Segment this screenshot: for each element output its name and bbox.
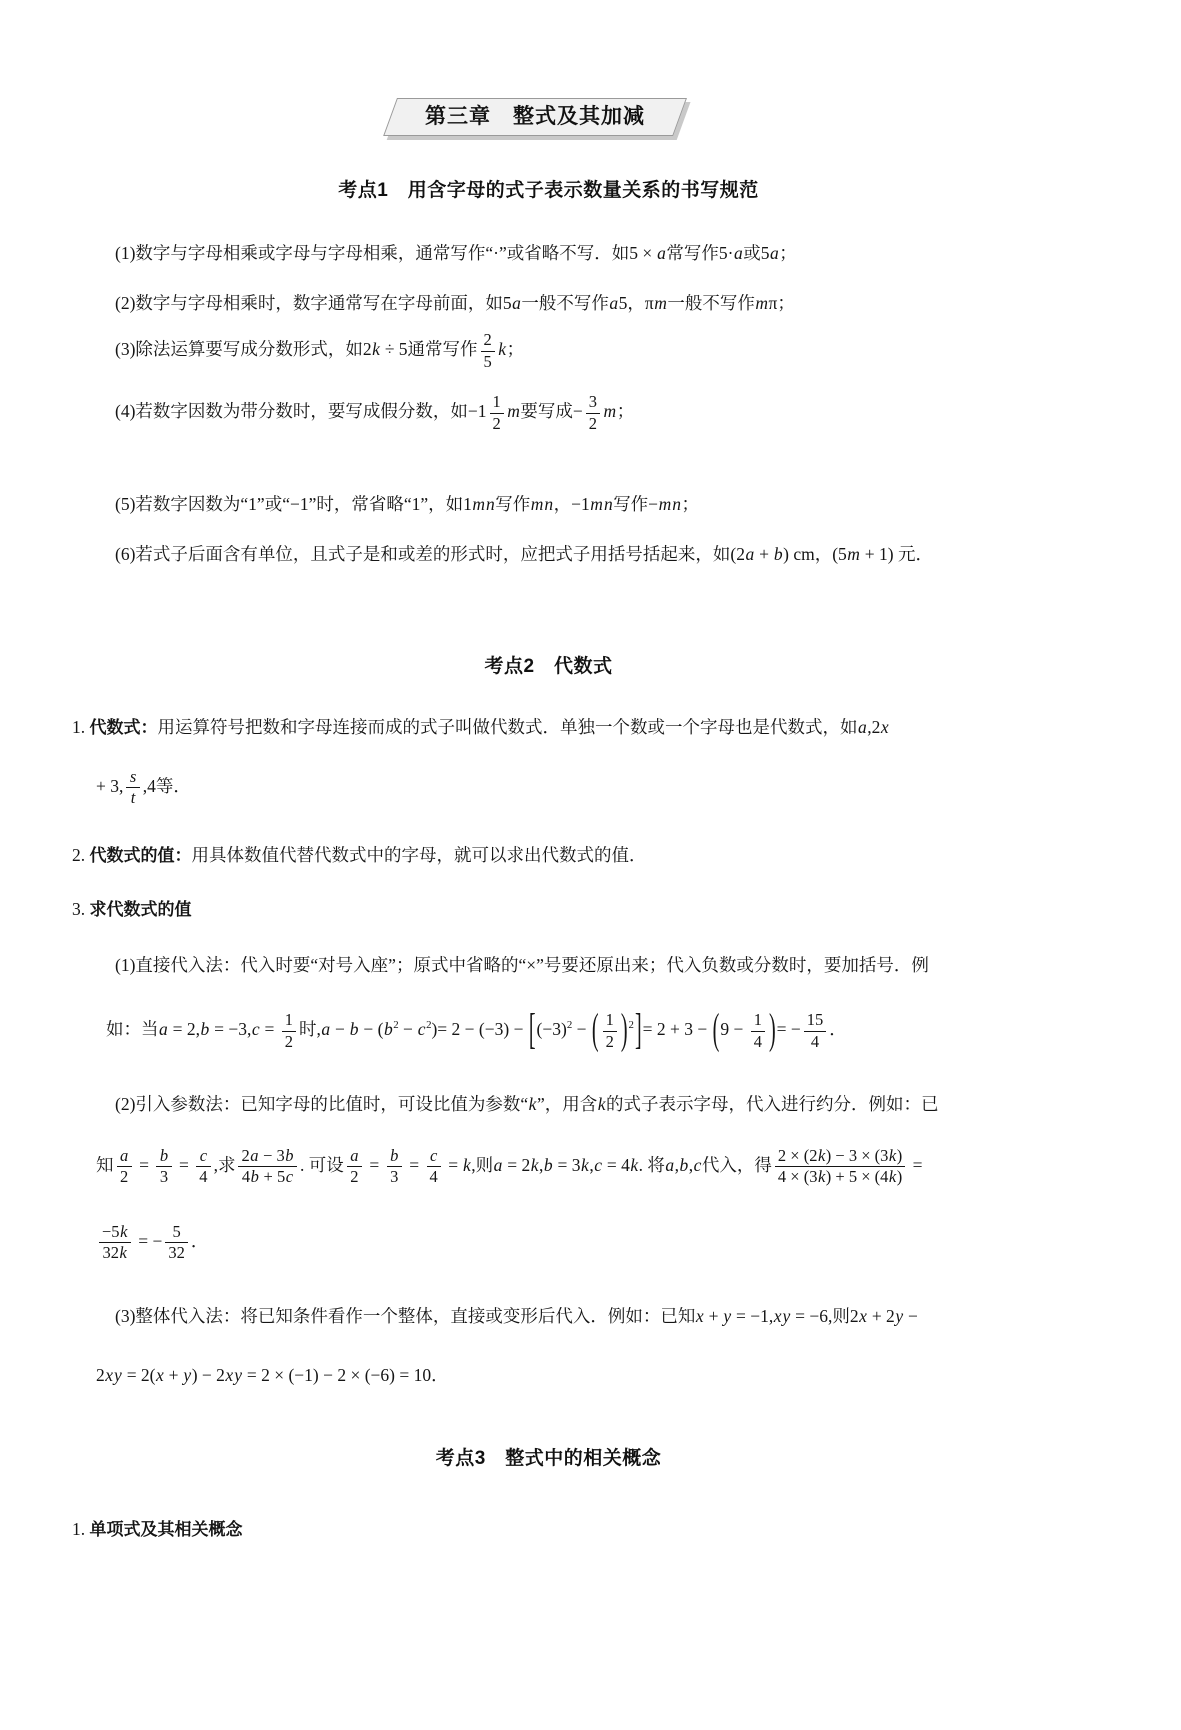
kaodian2-method-1: (1)直接代入法：代入时要“对号入座”；原式中省略的“×”号要还原出来；代入负数… (115, 954, 1081, 978)
kaodian1-rule-5: (5)若数字因数为“1”或“−1”时，常省略“1”，如1mn写作mn，−1mn写… (115, 493, 1081, 517)
kaodian2-method-1-example: 如：当a = 2,b = −3,c = 12时,a − b − (b2 − c2… (106, 1011, 1081, 1051)
kaodian2-method-2-example-line-1: 知a2 = b3 = c4,求2a − 3b4b + 5c. 可设a2 = b3… (96, 1147, 1081, 1187)
kaodian2-method-2: (2)引入参数法：已知字母的比值时，可设比值为参数“k”，用含k的式子表示字母，… (115, 1093, 1081, 1117)
chapter-banner-shape: 第三章 整式及其加减 (383, 98, 687, 136)
kaodian2-item-1-line-2: + 3,st,4等． (96, 768, 1081, 808)
kaodian1-rule-4: (4)若数字因数为带分数时，要写成假分数，如−112m要写成−32m； (115, 393, 1081, 433)
document-page: 第三章 整式及其加减 考点1 用含字母的式子表示数量关系的书写规范 (1)数字与… (0, 0, 1181, 1542)
kaodian3-item-1: 1. 单项式及其相关概念 (72, 1518, 1081, 1542)
kaodian2-method-3: (3)整体代入法：将已知条件看作一个整体，直接或变形后代入．例如：已知x + y… (115, 1305, 1081, 1329)
kaodian1-rule-1: (1)数字与字母相乘或字母与字母相乘，通常写作“·”或省略不写．如5 × a常写… (115, 242, 1081, 266)
kaodian3-heading: 考点3 整式中的相关概念 (44, 1446, 1053, 1472)
kaodian2-item-3: 3. 求代数式的值 (72, 898, 1081, 922)
kaodian1-rule-6: (6)若式子后面含有单位，且式子是和或差的形式时，应把式子用括号括起来，如(2a… (115, 543, 1081, 567)
kaodian2-heading: 考点2 代数式 (44, 654, 1053, 680)
chapter-title: 第三章 整式及其加减 (425, 103, 645, 131)
kaodian1-rule-2: (2)数字与字母相乘时，数字通常写在字母前面，如5a一般不写作a5，πm一般不写… (115, 292, 1081, 316)
chapter-banner: 第三章 整式及其加减 (30, 0, 1039, 136)
kaodian1-rule-3: (3)除法运算要写成分数形式，如2k ÷ 5通常写作25k； (115, 331, 1081, 371)
kaodian2-item-2: 2. 代数式的值：用具体数值代替代数式中的字母，就可以求出代数式的值． (72, 844, 1081, 868)
kaodian1-heading: 考点1 用含字母的式子表示数量关系的书写规范 (44, 178, 1053, 204)
kaodian2-method-3-continuation: 2xy = 2(x + y) − 2xy = 2 × (−1) − 2 × (−… (96, 1364, 1081, 1388)
kaodian2-item-1-line-1: 1. 代数式：用运算符号把数和字母连接而成的式子叫做代数式．单独一个数或一个字母… (72, 716, 1081, 740)
kaodian2-method-2-example-line-2: −5k32k = −532． (96, 1223, 1081, 1263)
